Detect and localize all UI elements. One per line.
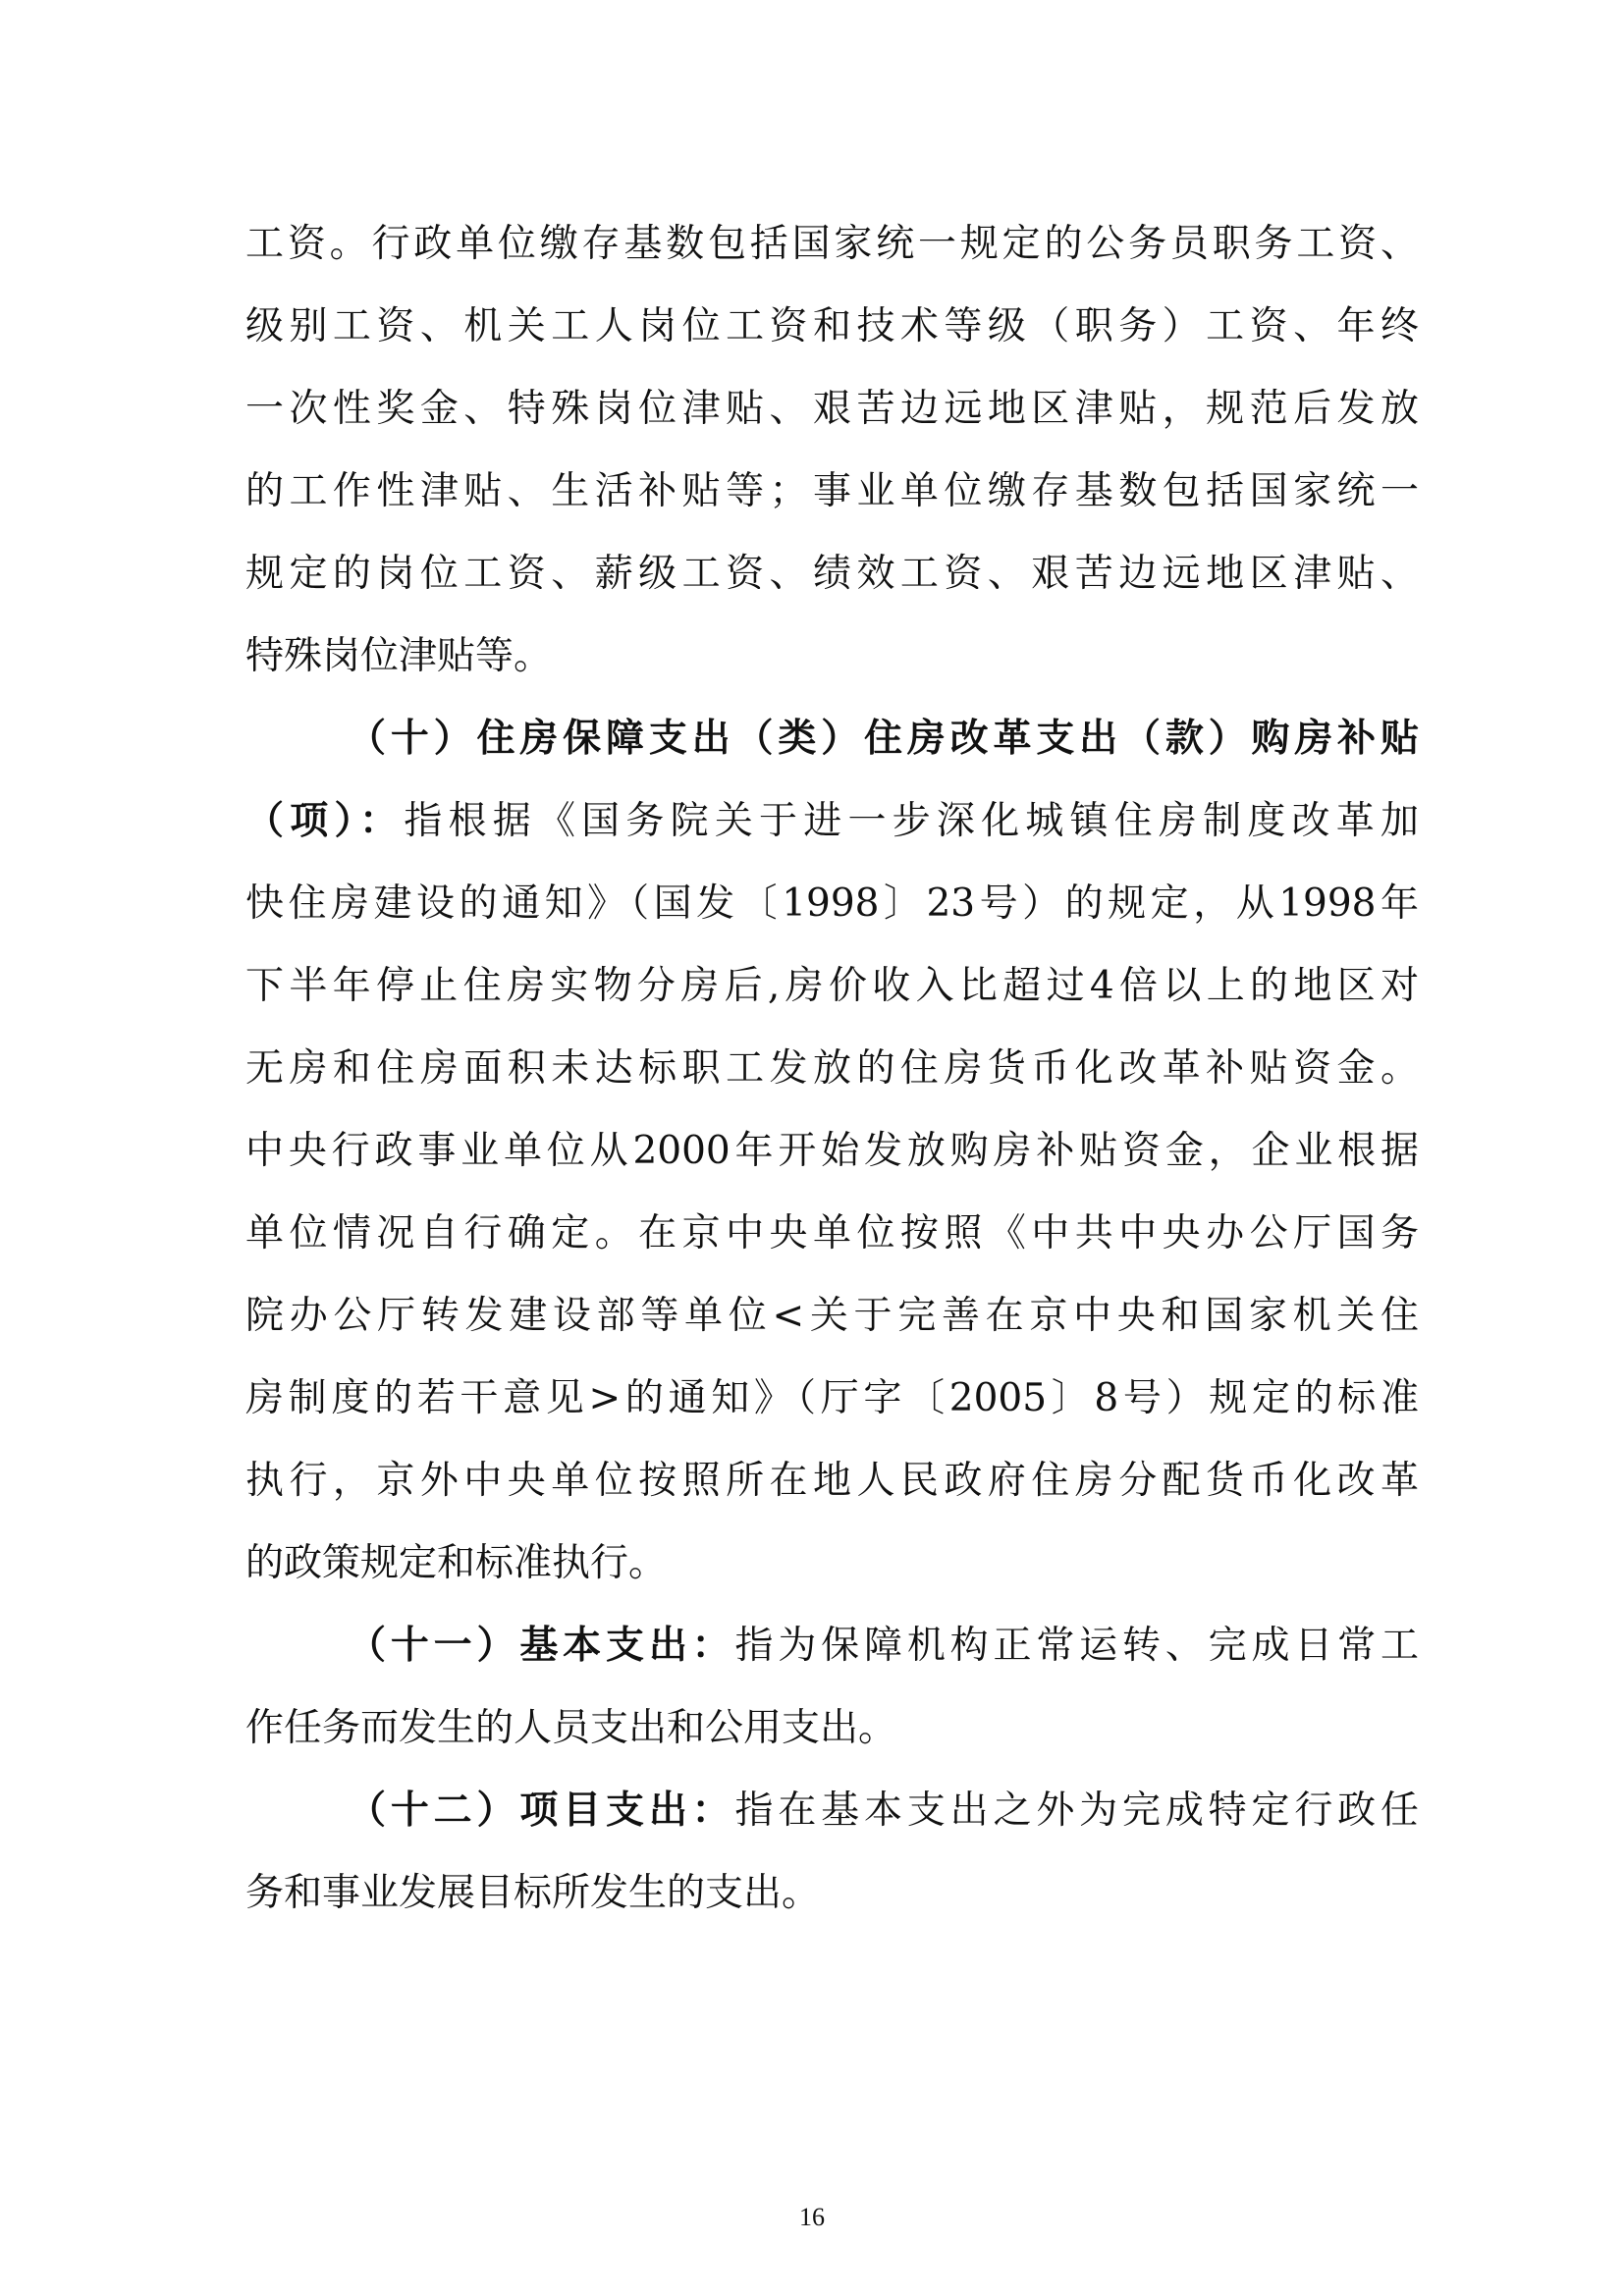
section-12-project-expenditure: （十二）项目支出：指在基本支出之外为完成特定行政任 务和事业发展目标所发生的支出… [245,1781,1419,1946]
text-line: 规定的岗位工资、薪级工资、绩效工资、艰苦边远地区津贴、 [245,544,1419,626]
section-11-heading-line: （十一）基本支出：指为保障机构正常运转、完成日常工 [245,1616,1419,1698]
text-line: （项）：指根据《国务院关于进一步深化城镇住房制度改革加 [245,791,1419,874]
text-line: 级别工资、机关工人岗位工资和技术等级（职务）工资、年终 [245,296,1419,379]
text-line: 的工作性津贴、生活补贴等；事业单位缴存基数包括国家统一 [245,461,1419,544]
text-line: 务和事业发展目标所发生的支出。 [245,1863,1419,1946]
section-12-heading: （十二）项目支出： [348,1789,735,1833]
section-11-heading: （十一）基本支出： [348,1624,735,1668]
text-line: 快住房建设的通知》（国发〔1998〕23号）的规定，从1998年 [245,874,1419,956]
page-number: 16 [0,2203,1624,2232]
paragraph-wage-base: 工资。行政单位缴存基数包括国家统一规定的公务员职务工资、 级别工资、机关工人岗位… [245,214,1419,709]
document-page: 工资。行政单位缴存基数包括国家统一规定的公务员职务工资、 级别工资、机关工人岗位… [245,214,1419,1946]
section-10-body-start: 指根据《国务院关于进一步深化城镇住房制度改革加 [404,799,1419,843]
section-10-heading-tail: （项）： [245,799,404,843]
section-10-housing-subsidy: （十）住房保障支出（类）住房改革支出（款）购房补贴 （项）：指根据《国务院关于进… [245,709,1419,1616]
section-10-heading: （十）住房保障支出（类）住房改革支出（款）购房补贴 [245,709,1419,791]
text-line: 作任务而发生的人员支出和公用支出。 [245,1698,1419,1781]
text-line: 一次性奖金、特殊岗位津贴、艰苦边远地区津贴，规范后发放 [245,379,1419,461]
text-line: 无房和住房面积未达标职工发放的住房货币化改革补贴资金。 [245,1039,1419,1121]
text-line: 执行，京外中央单位按照所在地人民政府住房分配货币化改革 [245,1451,1419,1533]
section-11-body-start: 指为保障机构正常运转、完成日常工 [735,1624,1419,1668]
text-line: 下半年停止住房实物分房后,房价收入比超过4倍以上的地区对 [245,956,1419,1039]
section-12-heading-line: （十二）项目支出：指在基本支出之外为完成特定行政任 [245,1781,1419,1863]
text-line: 特殊岗位津贴等。 [245,626,1419,709]
text-line: 中央行政事业单位从2000年开始发放购房补贴资金，企业根据 [245,1121,1419,1203]
text-line: 房制度的若干意见>的通知》（厅字〔2005〕8号）规定的标准 [245,1368,1419,1451]
section-12-body-start: 指在基本支出之外为完成特定行政任 [735,1789,1419,1833]
text-line: 院办公厅转发建设部等单位<关于完善在京中央和国家机关住 [245,1286,1419,1368]
text-line: 工资。行政单位缴存基数包括国家统一规定的公务员职务工资、 [245,214,1419,296]
text-line: 的政策规定和标准执行。 [245,1533,1419,1616]
section-11-basic-expenditure: （十一）基本支出：指为保障机构正常运转、完成日常工 作任务而发生的人员支出和公用… [245,1616,1419,1781]
text-line: 单位情况自行确定。在京中央单位按照《中共中央办公厅国务 [245,1203,1419,1286]
